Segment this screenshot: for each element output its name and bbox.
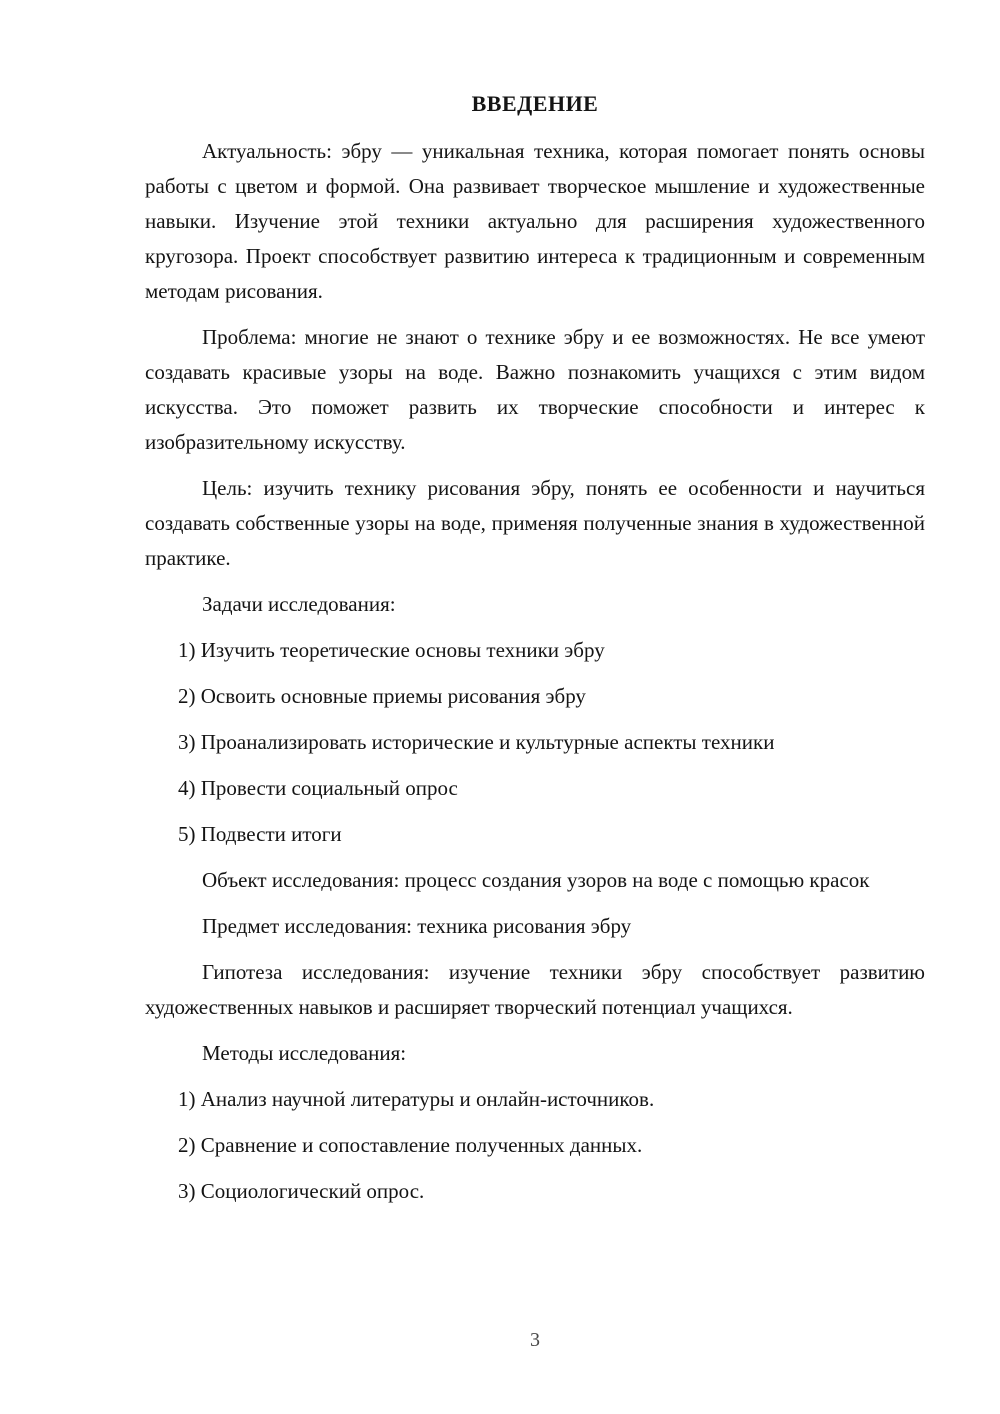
method-item: 2) Сравнение и сопоставление полученных … (145, 1128, 925, 1163)
paragraph-problema: Проблема: многие не знают о технике эбру… (145, 320, 925, 460)
tasks-list: 1) Изучить теоретические основы техники … (145, 633, 925, 852)
document-page: ВВЕДЕНИЕ Актуальность: эбру — уникальная… (0, 0, 1000, 1414)
paragraph-obyekt: Объект исследования: процесс создания уз… (145, 863, 925, 898)
paragraph-aktualnost: Актуальность: эбру — уникальная техника,… (145, 134, 925, 309)
method-item: 3) Социологический опрос. (145, 1174, 925, 1209)
task-item: 4) Провести социальный опрос (145, 771, 925, 806)
page-number: 3 (145, 1326, 925, 1354)
method-item: 1) Анализ научной литературы и онлайн-ис… (145, 1082, 925, 1117)
task-item: 5) Подвести итоги (145, 817, 925, 852)
tasks-heading: Задачи исследования: (145, 587, 925, 622)
paragraph-gipoteza: Гипотеза исследования: изучение техники … (145, 955, 925, 1025)
paragraph-tsel: Цель: изучить технику рисования эбру, по… (145, 471, 925, 576)
paragraph-predmet: Предмет исследования: техника рисования … (145, 909, 925, 944)
task-item: 1) Изучить теоретические основы техники … (145, 633, 925, 668)
methods-list: 1) Анализ научной литературы и онлайн-ис… (145, 1082, 925, 1209)
task-item: 3) Проанализировать исторические и культ… (145, 725, 925, 760)
methods-heading: Методы исследования: (145, 1036, 925, 1071)
task-item: 2) Освоить основные приемы рисования эбр… (145, 679, 925, 714)
page-title: ВВЕДЕНИЕ (145, 86, 925, 121)
